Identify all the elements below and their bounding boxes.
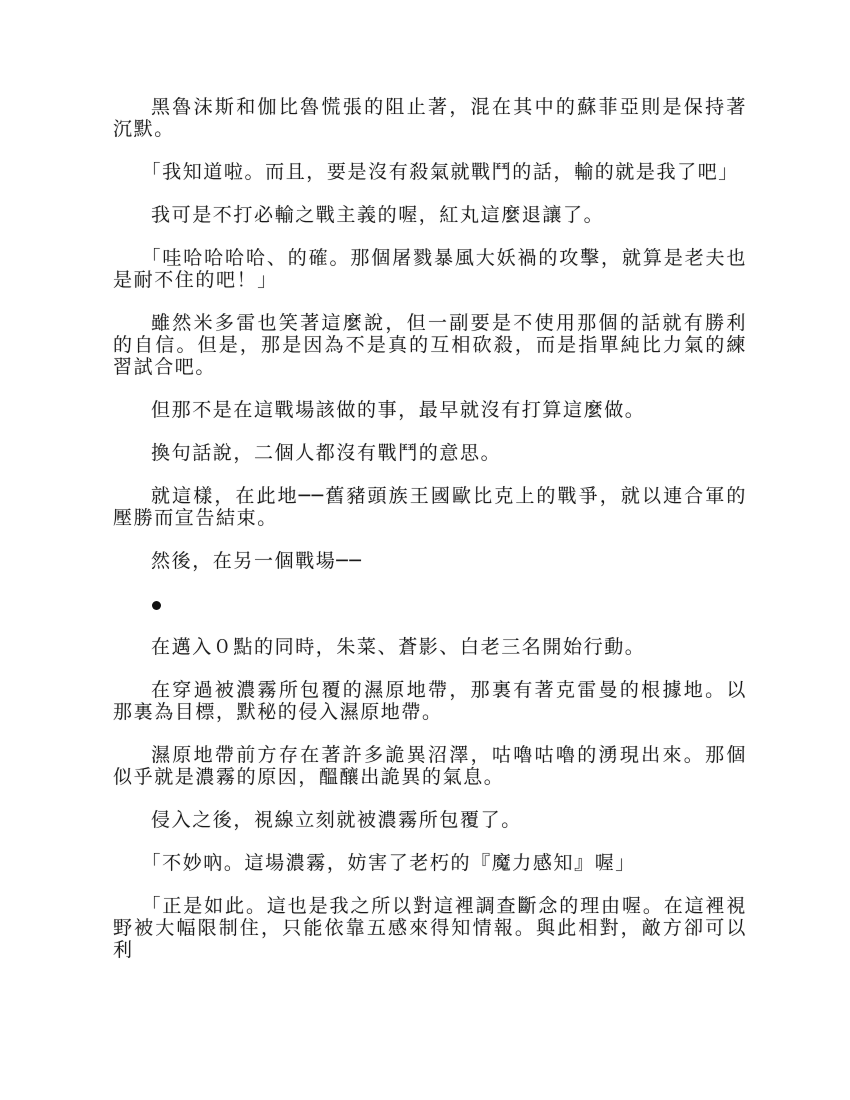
paragraph: 就這樣，在此地──舊豬頭族王國歐比克上的戰爭，就以連合軍的壓勝而宣告結束。 [113,485,747,529]
paragraph: 雖然米多雷也笑著這麼說，但一副要是不使用那個的話就有勝利的自信。但是，那是因為不… [113,312,747,378]
paragraph: 然後，在另一個戰場── [113,550,747,572]
paragraph: 侵入之後，視線立刻就被濃霧所包覆了。 [113,809,747,831]
paragraph: 在穿過被濃霧所包覆的濕原地帶，那裏有著克雷曼的根據地。以那裏為目標，默秘的侵入濕… [113,679,747,723]
paragraph: 黑魯沫斯和伽比魯慌張的阻止著，混在其中的蘇菲亞則是保持著沉默。 [113,96,747,140]
scene-separator [113,593,747,615]
dialog-paragraph: 「哇哈哈哈哈、的確。那個屠戮暴風大妖禍的攻擊，就算是老夫也是耐不住的吧！」 [113,247,747,291]
bullet-dot-icon [152,601,161,610]
paragraph: 我可是不打必輸之戰主義的喔，紅丸這麼退讓了。 [113,204,747,226]
paragraph: 換句話說，二個人都沒有戰鬥的意思。 [113,442,747,464]
paragraph: 在邁入０點的同時，朱菜、蒼影、白老三名開始行動。 [113,636,747,658]
paragraph: 濕原地帶前方存在著許多詭異沼澤，咕嚕咕嚕的湧現出來。那個似乎就是濃霧的原因，醞釀… [113,744,747,788]
dialog-paragraph: 「不妙吶。這場濃霧，妨害了老朽的『魔力感知』喔」 [113,852,747,874]
dialog-paragraph: 「正是如此。這也是我之所以對這裡調查斷念的理由喔。在這裡視野被大幅限制住，只能依… [113,895,747,961]
dialog-paragraph: 「我知道啦。而且，要是沒有殺氣就戰鬥的話，輸的就是我了吧」 [113,161,747,183]
paragraph: 但那不是在這戰場該做的事，最早就沒有打算這麼做。 [113,399,747,421]
document-page: 黑魯沫斯和伽比魯慌張的阻止著，混在其中的蘇菲亞則是保持著沉默。 「我知道啦。而且… [113,96,747,982]
